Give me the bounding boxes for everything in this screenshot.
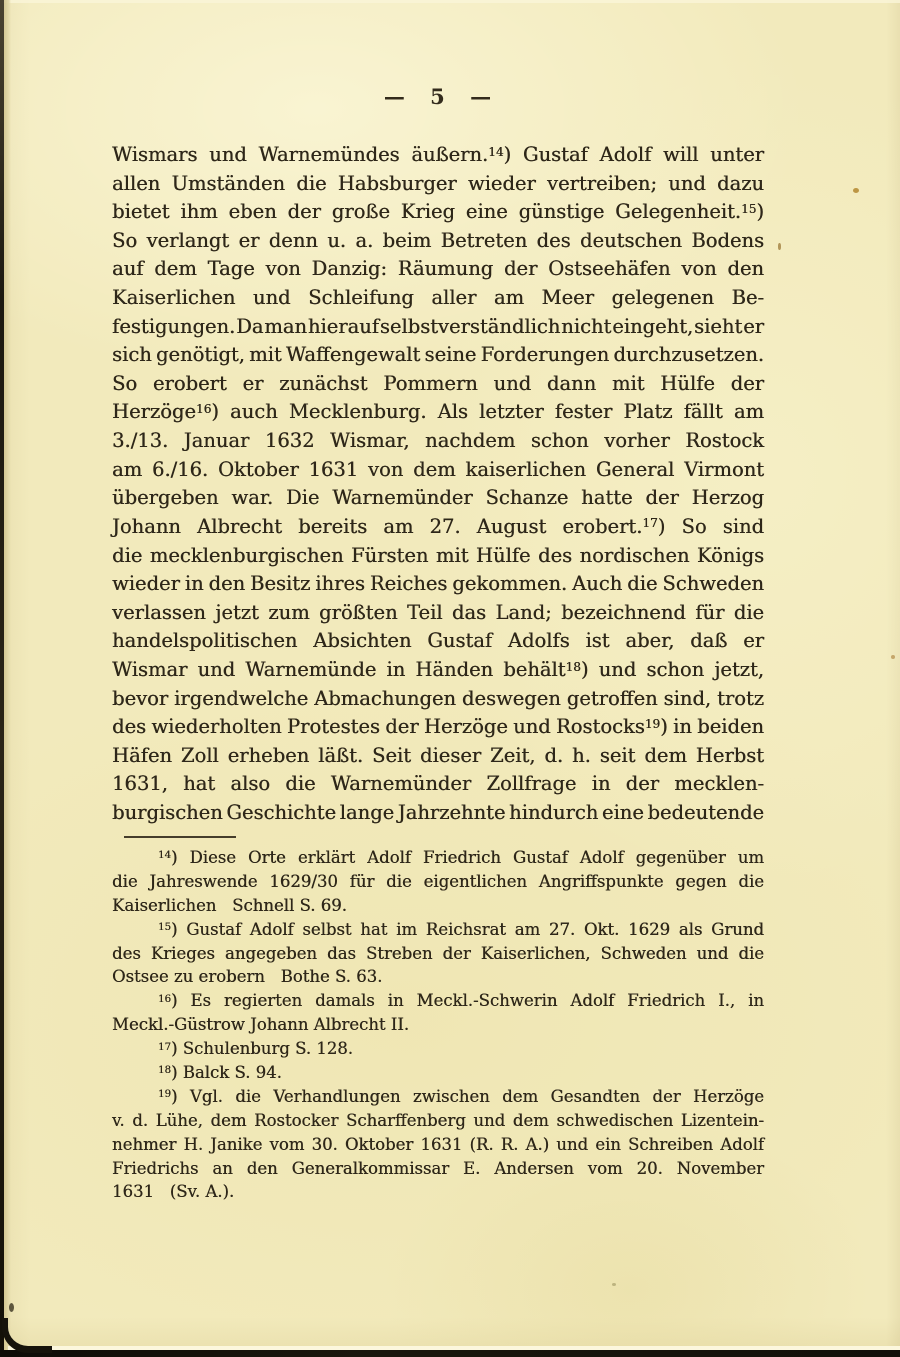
text-line: auf dem Tage von Danzig: Räumung der Ost… <box>112 255 764 284</box>
text-line: Wismar und Warnemünde in Händen behält18… <box>112 656 764 685</box>
text-line: am 6./16. Oktober 1631 von dem kaiserlic… <box>112 456 764 485</box>
footnote-line: 14) Diese Orte erklärt Adolf Friedrich G… <box>112 846 764 870</box>
book-page-scan: — 5 — Wismars und Warnemündes äußern.14)… <box>0 0 900 1357</box>
foxing-spot <box>891 655 895 659</box>
foxing-spot <box>612 1283 616 1286</box>
text-line: burgischen Geschichte lange Jahrzehnte h… <box>112 799 764 828</box>
text-line: So verlangt er denn u. a. beim Betreten … <box>112 227 764 256</box>
footnote-line: 18) Balck S. 94. <box>112 1061 764 1085</box>
text-line: 1631, hat also die Warnemünder Zollfrage… <box>112 770 764 799</box>
text-line: Häfen Zoll erheben läßt. Seit dieser Zei… <box>112 742 764 771</box>
main-text-block: Wismars und Warnemündes äußern.14) Gusta… <box>112 141 764 828</box>
page-edge-bottom <box>0 1350 900 1357</box>
text-line: handelspolitischen Absichten Gustaf Adol… <box>112 627 764 656</box>
footnote-line: 15) Gustaf Adolf selbst hat im Reichsrat… <box>112 918 764 942</box>
footnote-line: Ostsee zu erobern Bothe S. 63. <box>112 965 764 989</box>
footnote-line: 19) Vgl. die Verhandlungen zwischen dem … <box>112 1085 764 1109</box>
page-edge-left-paper <box>4 0 11 1357</box>
foxing-spot <box>853 188 859 193</box>
footnote-line: nehmer H. Janike vom 30. Oktober 1631 (R… <box>112 1133 764 1157</box>
page-number: — 5 — <box>112 84 764 109</box>
footnote-line: v. d. Lühe, dem Rostocker Scharffenberg … <box>112 1109 764 1133</box>
footnote-line: Friedrichs an den Generalkommissar E. An… <box>112 1157 764 1181</box>
text-line: wieder in den Besitz ihres Reiches gekom… <box>112 570 764 599</box>
footnote-line: die Jahreswende 1629/30 für die eigentli… <box>112 870 764 894</box>
text-line: verlassen jetzt zum größten Teil das Lan… <box>112 599 764 628</box>
text-line: Wismars und Warnemündes äußern.14) Gusta… <box>112 141 764 170</box>
footnote-line: des Krieges angegeben das Streben der Ka… <box>112 942 764 966</box>
edge-speck <box>9 1303 14 1312</box>
footnote-line: Kaiserlichen Schnell S. 69. <box>112 894 764 918</box>
foxing-spot <box>778 243 781 250</box>
text-line: Herzöge16) auch Mecklenburg. Als letzter… <box>112 398 764 427</box>
text-line: des wiederholten Protestes der Herzöge u… <box>112 713 764 742</box>
text-line: übergeben war. Die Warnemünder Schanze h… <box>112 484 764 513</box>
page-edge-top <box>0 0 900 3</box>
text-line: 3./13. Januar 1632 Wismar, nachdem schon… <box>112 427 764 456</box>
text-line: sich genötigt, mit Waffengewalt seine Fo… <box>112 341 764 370</box>
text-line: festigungen. Da man hierauf selbstverstä… <box>112 313 764 342</box>
text-line: Kaiserlichen und Schleifung aller am Mee… <box>112 284 764 313</box>
text-line: bietet ihm eben der große Krieg eine gün… <box>112 198 764 227</box>
footnote-block: 14) Diese Orte erklärt Adolf Friedrich G… <box>112 846 764 1204</box>
footnote-line: 17) Schulenburg S. 128. <box>112 1037 764 1061</box>
text-line: allen Umständen die Habsburger wieder ve… <box>112 170 764 199</box>
text-line: Johann Albrecht bereits am 27. August er… <box>112 513 764 542</box>
footnote-line: 16) Es regierten damals in Meckl.-Schwer… <box>112 989 764 1013</box>
footnote-line: 1631 (Sv. A.). <box>112 1180 764 1204</box>
text-line: die mecklenburgischen Fürsten mit Hülfe … <box>112 542 764 571</box>
footnote-separator-rule <box>124 836 236 838</box>
footnote-line: Meckl.-Güstrow Johann Albrecht II. <box>112 1013 764 1037</box>
text-line: So erobert er zunächst Pommern und dann … <box>112 370 764 399</box>
text-line: bevor irgendwelche Abmachungen deswegen … <box>112 685 764 714</box>
